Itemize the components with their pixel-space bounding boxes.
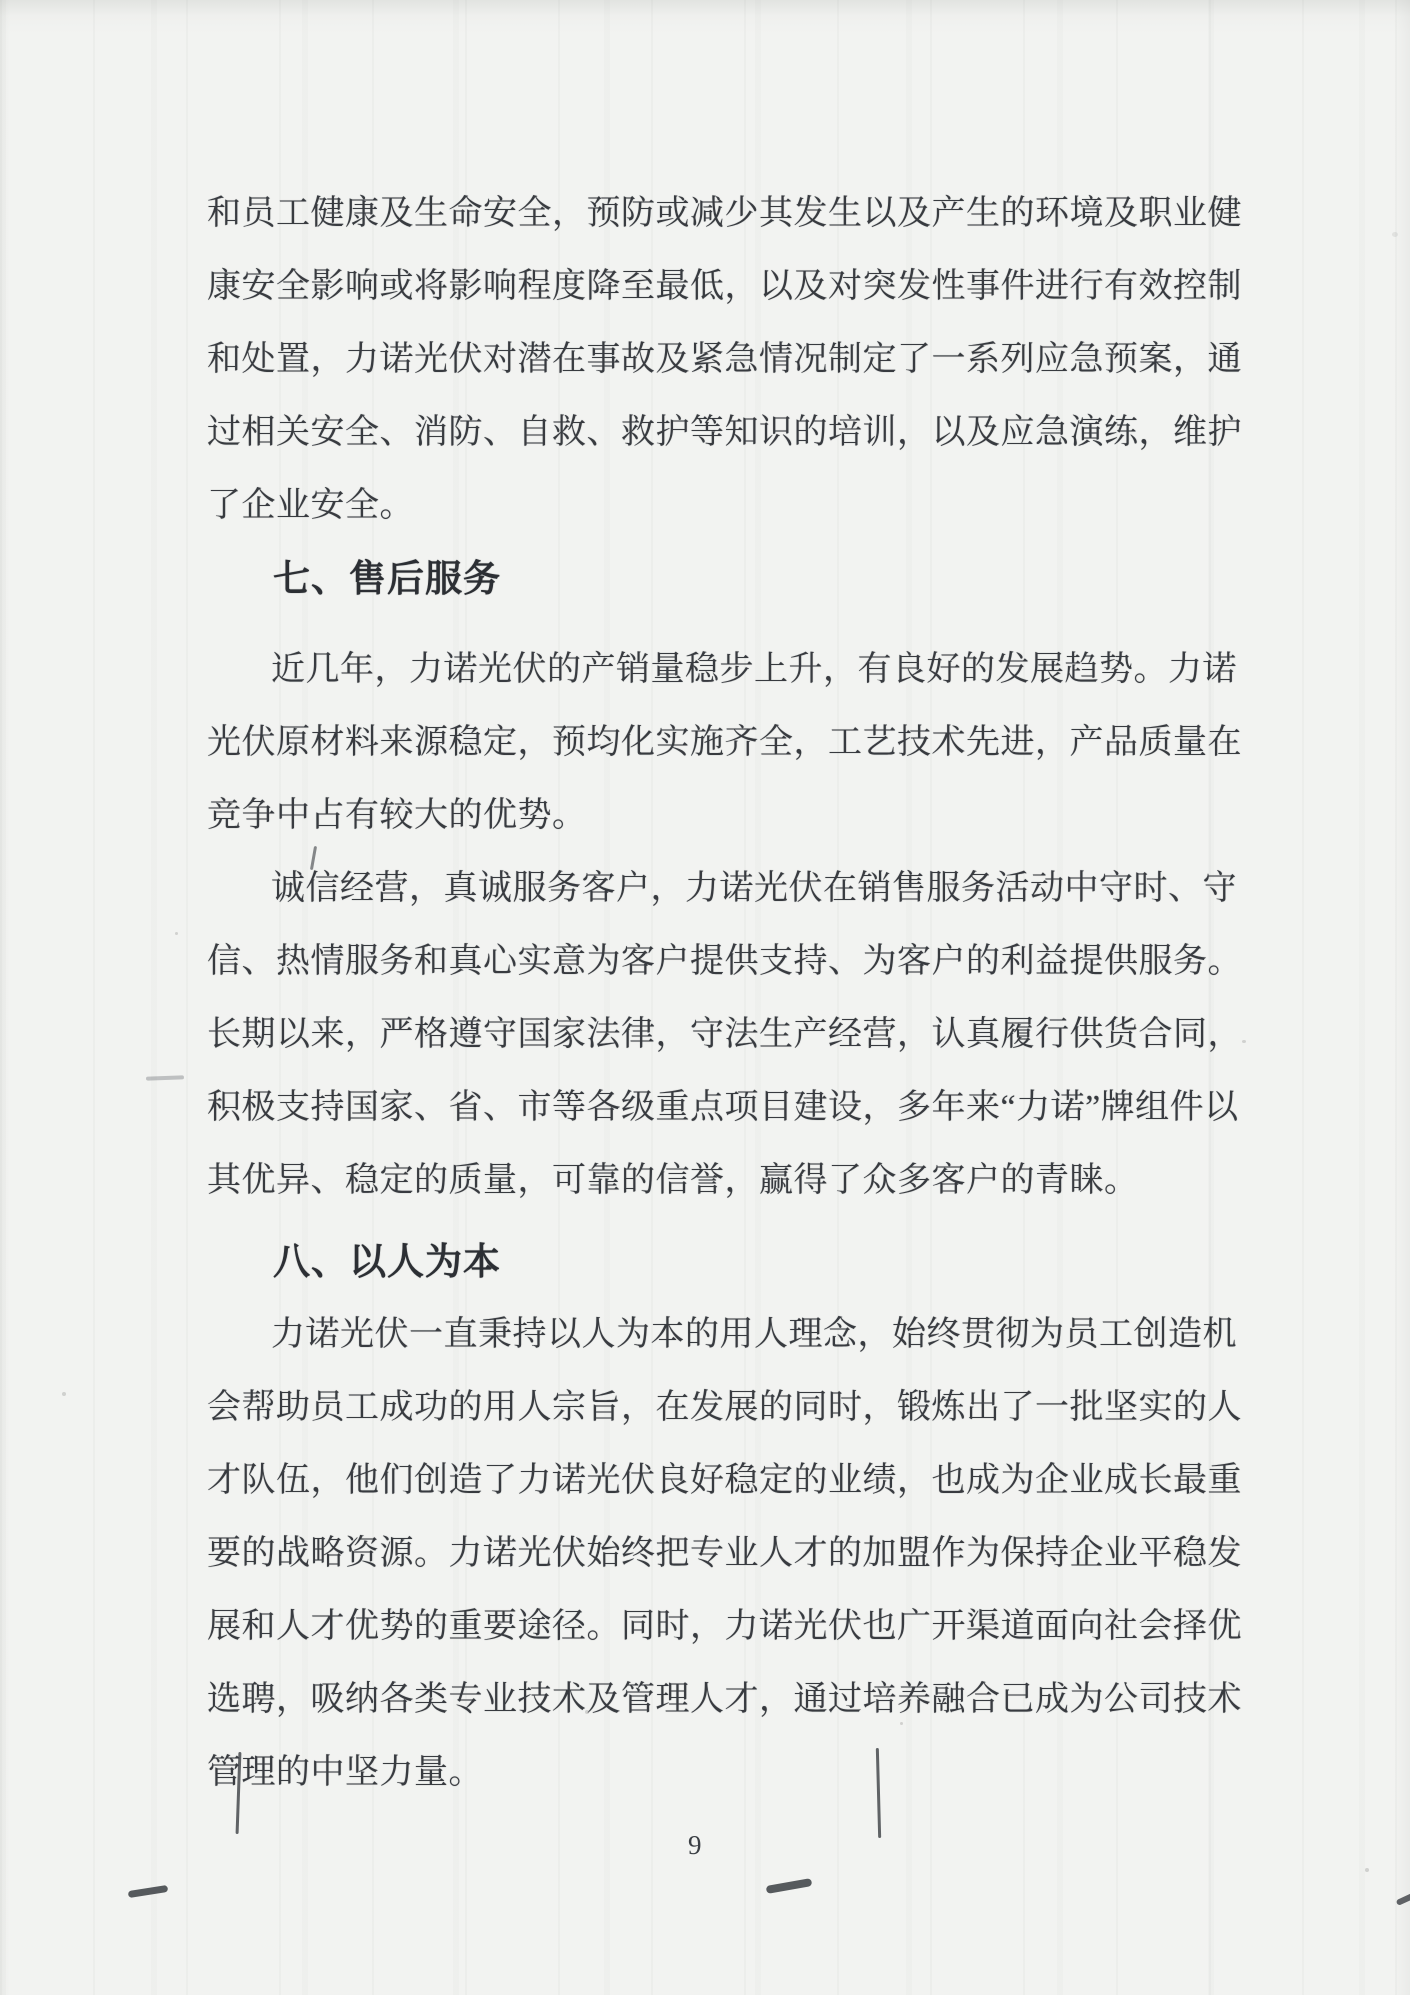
section-heading: 七、售后服务 <box>207 542 1287 615</box>
pen-dash-bottom-right-edge <box>1396 1892 1410 1906</box>
text-line: 诚信经营，真诚服务客户，力诺光伏在销售服务活动中守时、守 <box>207 852 1287 925</box>
text-line: 近几年，力诺光伏的产销量稳步上升，有良好的发展趋势。力诺 <box>207 633 1287 706</box>
text-line: 选聘，吸纳各类专业技术及管理人才，通过培养融合已成为公司技术 <box>207 1663 1287 1736</box>
text-line: 其优异、稳定的质量，可靠的信誉，赢得了众多客户的青睐。 <box>207 1144 1287 1217</box>
text-line: 力诺光伏一直秉持以人为本的用人理念，始终贯彻为员工创造机 <box>207 1298 1287 1371</box>
text-line: 信、热情服务和真心实意为客户提供支持、为客户的利益提供服务。 <box>207 925 1287 998</box>
text-line: 和处置，力诺光伏对潜在事故及紧急情况制定了一系列应急预案，通 <box>207 323 1287 396</box>
text-line: 积极支持国家、省、市等各级重点项目建设，多年来“力诺”牌组件以 <box>207 1071 1287 1144</box>
pen-dash-bottom-center <box>766 1878 813 1894</box>
pen-dash-bottom-left <box>128 1885 169 1898</box>
text-line: 光伏原材料来源稳定，预均化实施齐全，工艺技术先进，产品质量在 <box>207 706 1287 779</box>
paper-speck <box>1365 1868 1369 1872</box>
scanned-page: { "page": { "number": "9" }, "colors": {… <box>0 0 1410 1995</box>
paper-speck <box>1242 1040 1246 1043</box>
text-line: 竞争中占有较大的优势。 <box>207 779 1287 852</box>
text-line: 展和人才优势的重要途径。同时，力诺光伏也广开渠道面向社会择优 <box>207 1590 1287 1663</box>
text-line: 和员工健康及生命安全，预防或减少其发生以及产生的环境及职业健 <box>207 177 1287 250</box>
text-line: 过相关安全、消防、自救、救护等知识的培训，以及应急演练，维护 <box>207 396 1287 469</box>
section-heading: 八、以人为本 <box>207 1225 1287 1298</box>
text-line: 长期以来，严格遵守国家法律，守法生产经营，认真履行供货合同， <box>207 998 1287 1071</box>
text-line: 要的战略资源。力诺光伏始终把专业人才的加盟作为保持企业平稳发 <box>207 1517 1287 1590</box>
text-line: 会帮助员工成功的用人宗旨，在发展的同时，锻炼出了一批坚实的人 <box>207 1371 1287 1444</box>
document-body: 和员工健康及生命安全，预防或减少其发生以及产生的环境及职业健康安全影响或将影响程… <box>207 177 1287 1809</box>
paper-speck <box>62 1392 66 1396</box>
text-line: 才队伍，他们创造了力诺光伏良好稳定的业绩，也成为企业成长最重 <box>207 1444 1287 1517</box>
paper-speck <box>175 932 178 935</box>
text-line: 管理的中坚力量。 <box>207 1736 1287 1809</box>
text-line: 康安全影响或将影响程度降至最低，以及对突发性事件进行有效控制 <box>207 250 1287 323</box>
paper-speck <box>1392 232 1398 237</box>
left-margin-smudge <box>146 1075 184 1080</box>
paper-speck <box>585 1710 589 1714</box>
page-number: 9 <box>688 1830 702 1860</box>
text-line: 了企业安全。 <box>207 469 1287 542</box>
paper-speck <box>900 1722 903 1725</box>
